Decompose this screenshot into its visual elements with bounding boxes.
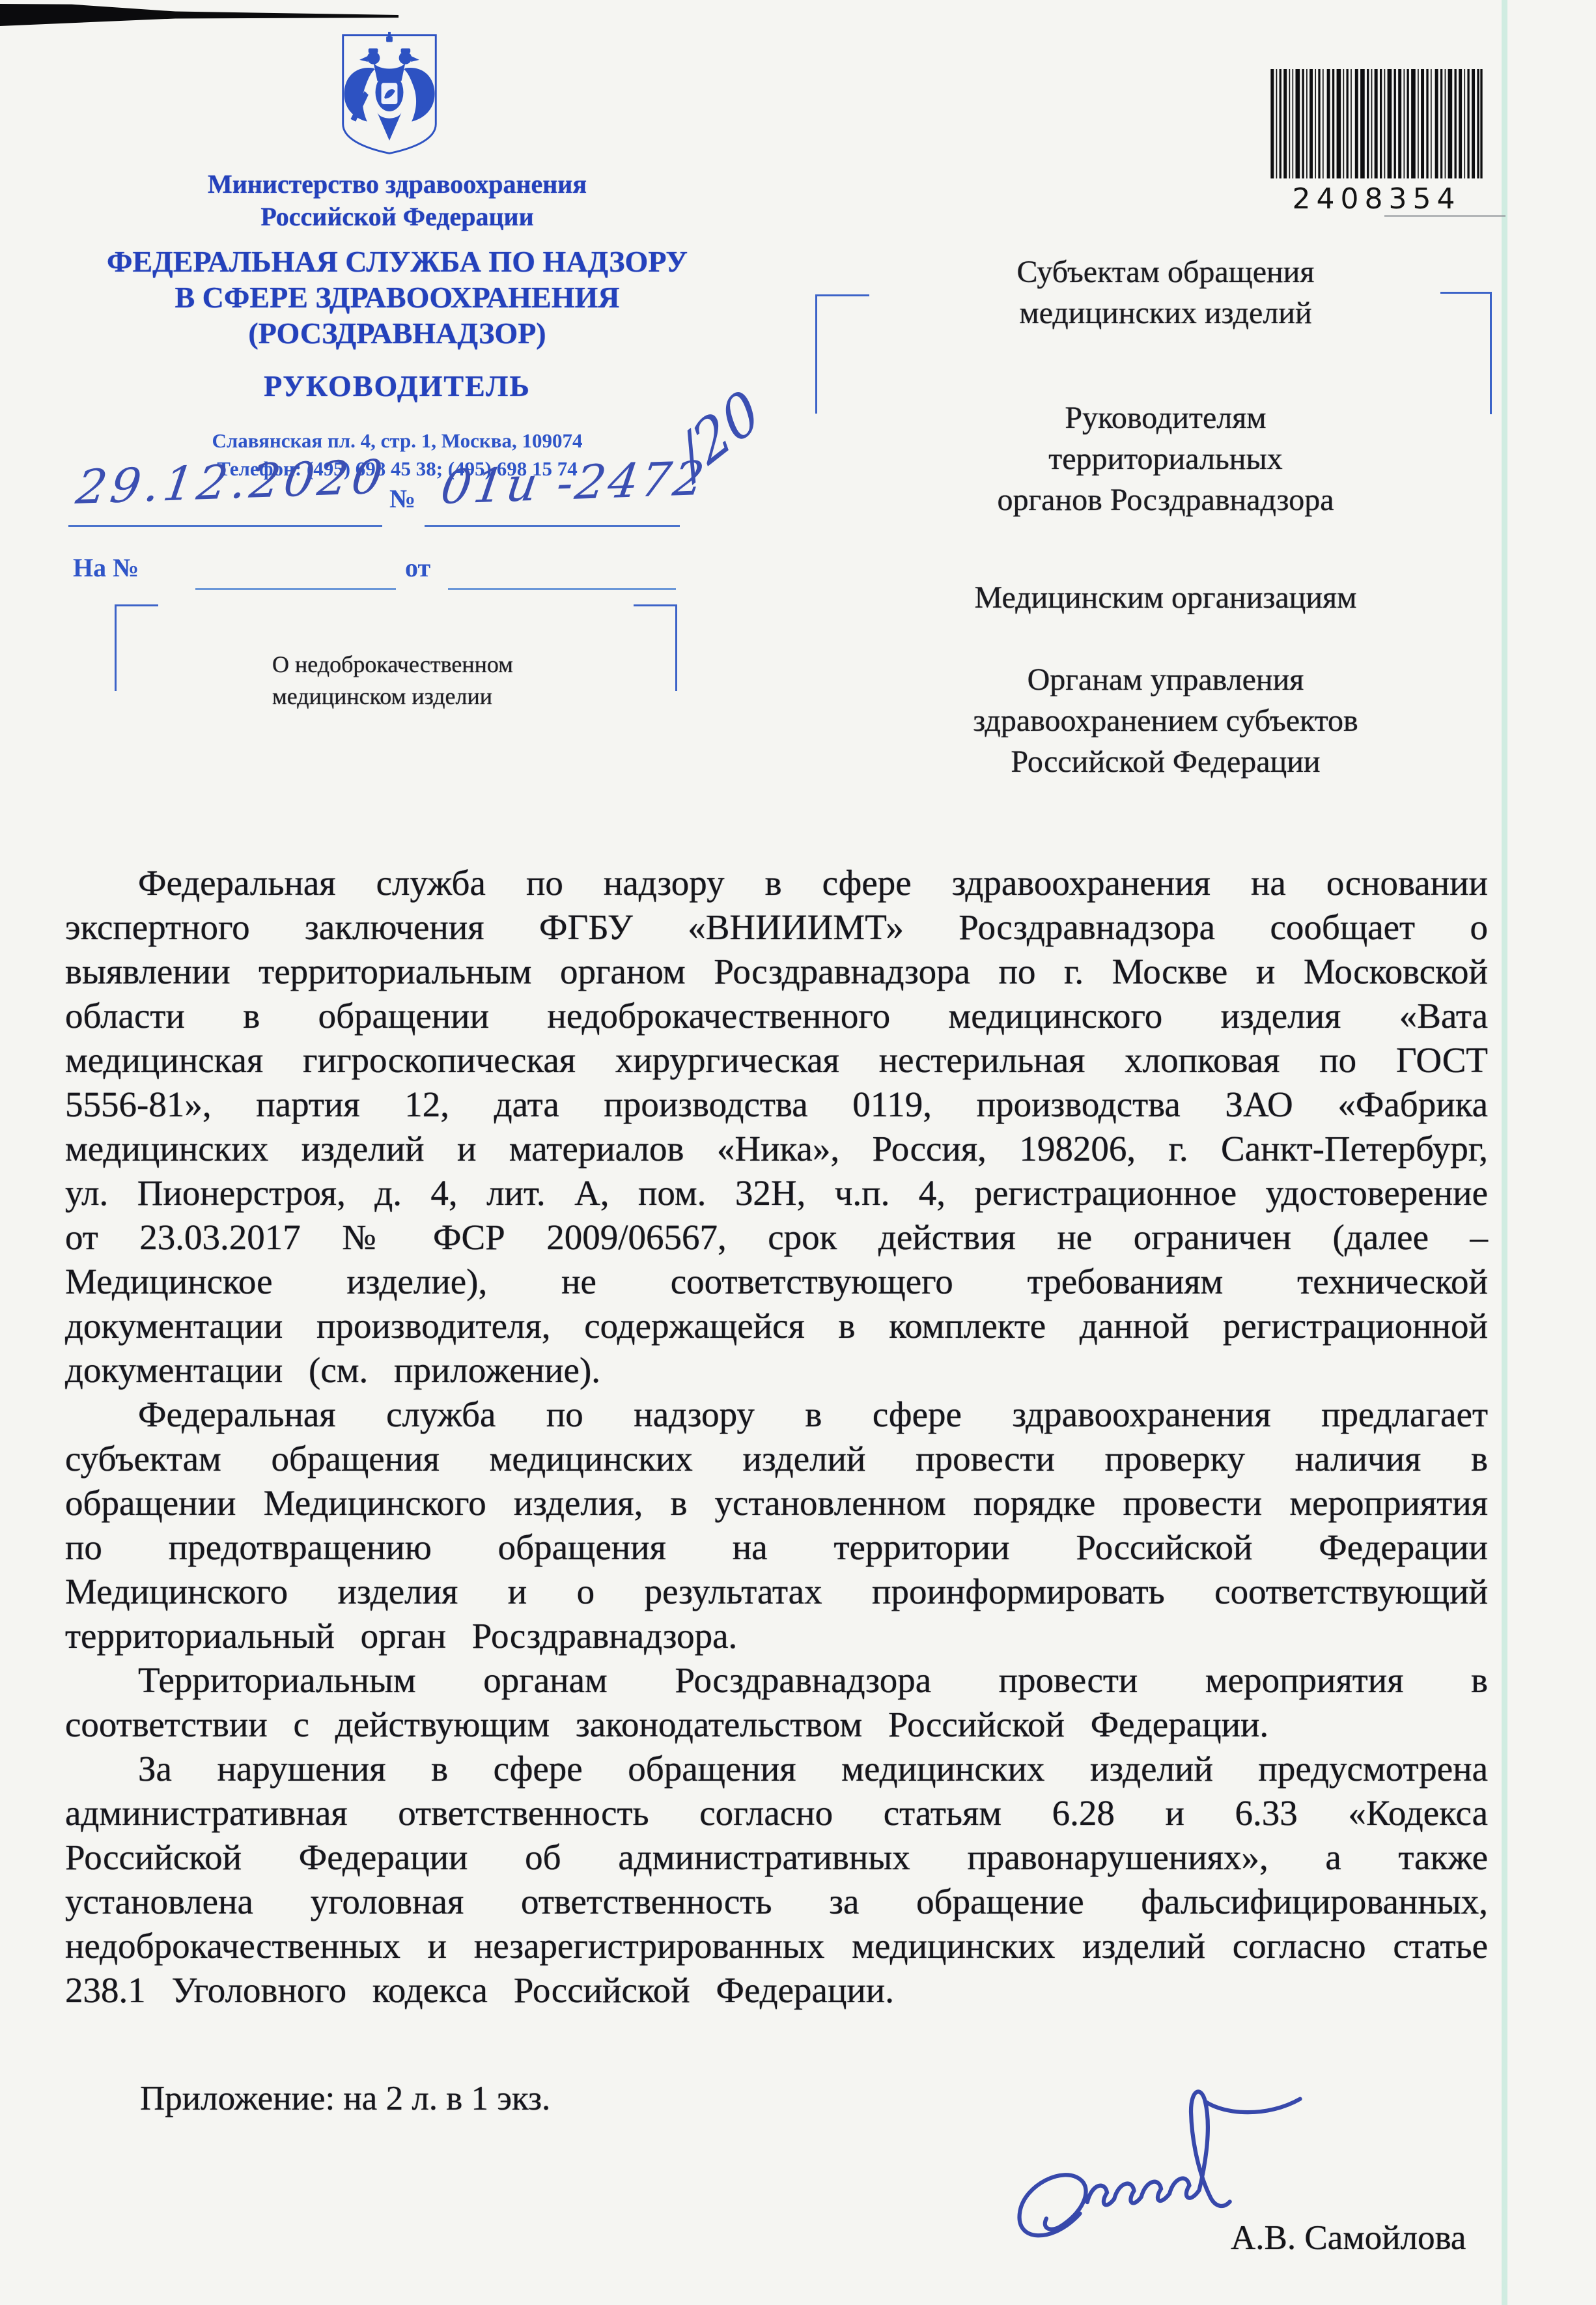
signer-name: А.В. Самойлова (1231, 2218, 1466, 2257)
date-underline (68, 525, 382, 527)
number-underline (425, 525, 680, 527)
service-name-line1: ФЕДЕРАЛЬНАЯ СЛУЖБА ПО НАДЗОРУ (46, 244, 749, 279)
body-paragraph-2: Федеральная служба по надзору в сфере зд… (65, 1393, 1488, 1658)
addressee-block-health-authorities: Органам управления здравоохранением субъ… (866, 659, 1465, 782)
addressee-line: Органам управления (866, 659, 1465, 700)
addressee-line: медицинских изделий (866, 292, 1465, 333)
letterhead: Министерство здравоохранения Российской … (46, 168, 749, 483)
scanned-letter-page: Министерство здравоохранения Российской … (0, 0, 1596, 2305)
body-paragraph-1: Федеральная служба по надзору в сфере зд… (65, 861, 1488, 1393)
attachment-note: Приложение: на 2 л. в 1 экз. (140, 2079, 550, 2118)
addressee-line: органов Росздравнадзора (866, 479, 1465, 520)
ministry-name-line1: Министерство здравоохранения (46, 168, 749, 201)
addressee-corner-bracket-left (815, 294, 869, 414)
outgoing-date-handwritten: 29.12.2020 (73, 449, 390, 515)
coat-of-arms-icon (335, 30, 443, 158)
scan-artifact-streak (0, 4, 399, 26)
number-sign: № (389, 483, 415, 514)
page-edge-scan-line (1502, 0, 1507, 2305)
subject-line2: медицинском изделии (272, 681, 637, 713)
body-paragraph-4: За нарушения в сфере обращения медицинск… (65, 1747, 1488, 2013)
body-paragraph-3: Территориальным органам Росздравнадзора … (65, 1658, 1488, 1747)
addressee-line: здравоохранением субъектов (866, 700, 1465, 741)
subject-line1: О недоброкачественном (272, 649, 637, 681)
addressee-line: Медицинским организациям (866, 577, 1465, 618)
letter-body: Федеральная служба по надзору в сфере зд… (65, 861, 1488, 2013)
barcode: 2408354 (1268, 69, 1485, 216)
addressee-block-medical-organizations: Медицинским организациям (866, 577, 1465, 618)
role-title: РУКОВОДИТЕЛЬ (46, 369, 749, 403)
reply-number-label: На № (73, 552, 139, 583)
addressee-block-subjects: Субъектам обращения медицинских изделий (866, 251, 1465, 333)
subject-line: О недоброкачественном медицинском издели… (272, 649, 637, 713)
service-name-line3: (РОСЗДРАВНАДЗОР) (46, 315, 749, 351)
service-name-line2: В СФЕРЕ ЗДРАВООХРАНЕНИЯ (46, 279, 749, 315)
barcode-icon (1268, 69, 1485, 178)
ministry-name-line2: Российской Федерации (46, 201, 749, 233)
outgoing-number-handwritten: 01и -2472 (438, 451, 710, 515)
reply-from-underline (448, 588, 676, 590)
addressee-line: Руководителям (866, 397, 1465, 438)
barcode-value: 2408354 (1268, 182, 1485, 216)
subject-corner-bracket-right (634, 604, 677, 691)
org-address: Славянская пл. 4, стр. 1, Москва, 109074 (46, 427, 749, 455)
reply-number-underline (195, 588, 396, 590)
subject-corner-bracket-left (115, 604, 158, 691)
reply-from-label: от (405, 552, 430, 583)
addressee-line: Субъектам обращения (866, 251, 1465, 292)
addressee-line: Российской Федерации (866, 741, 1465, 782)
addressee-block-territorial-heads: Руководителям территориальных органов Ро… (866, 397, 1465, 520)
addressee-line: территориальных (866, 438, 1465, 479)
